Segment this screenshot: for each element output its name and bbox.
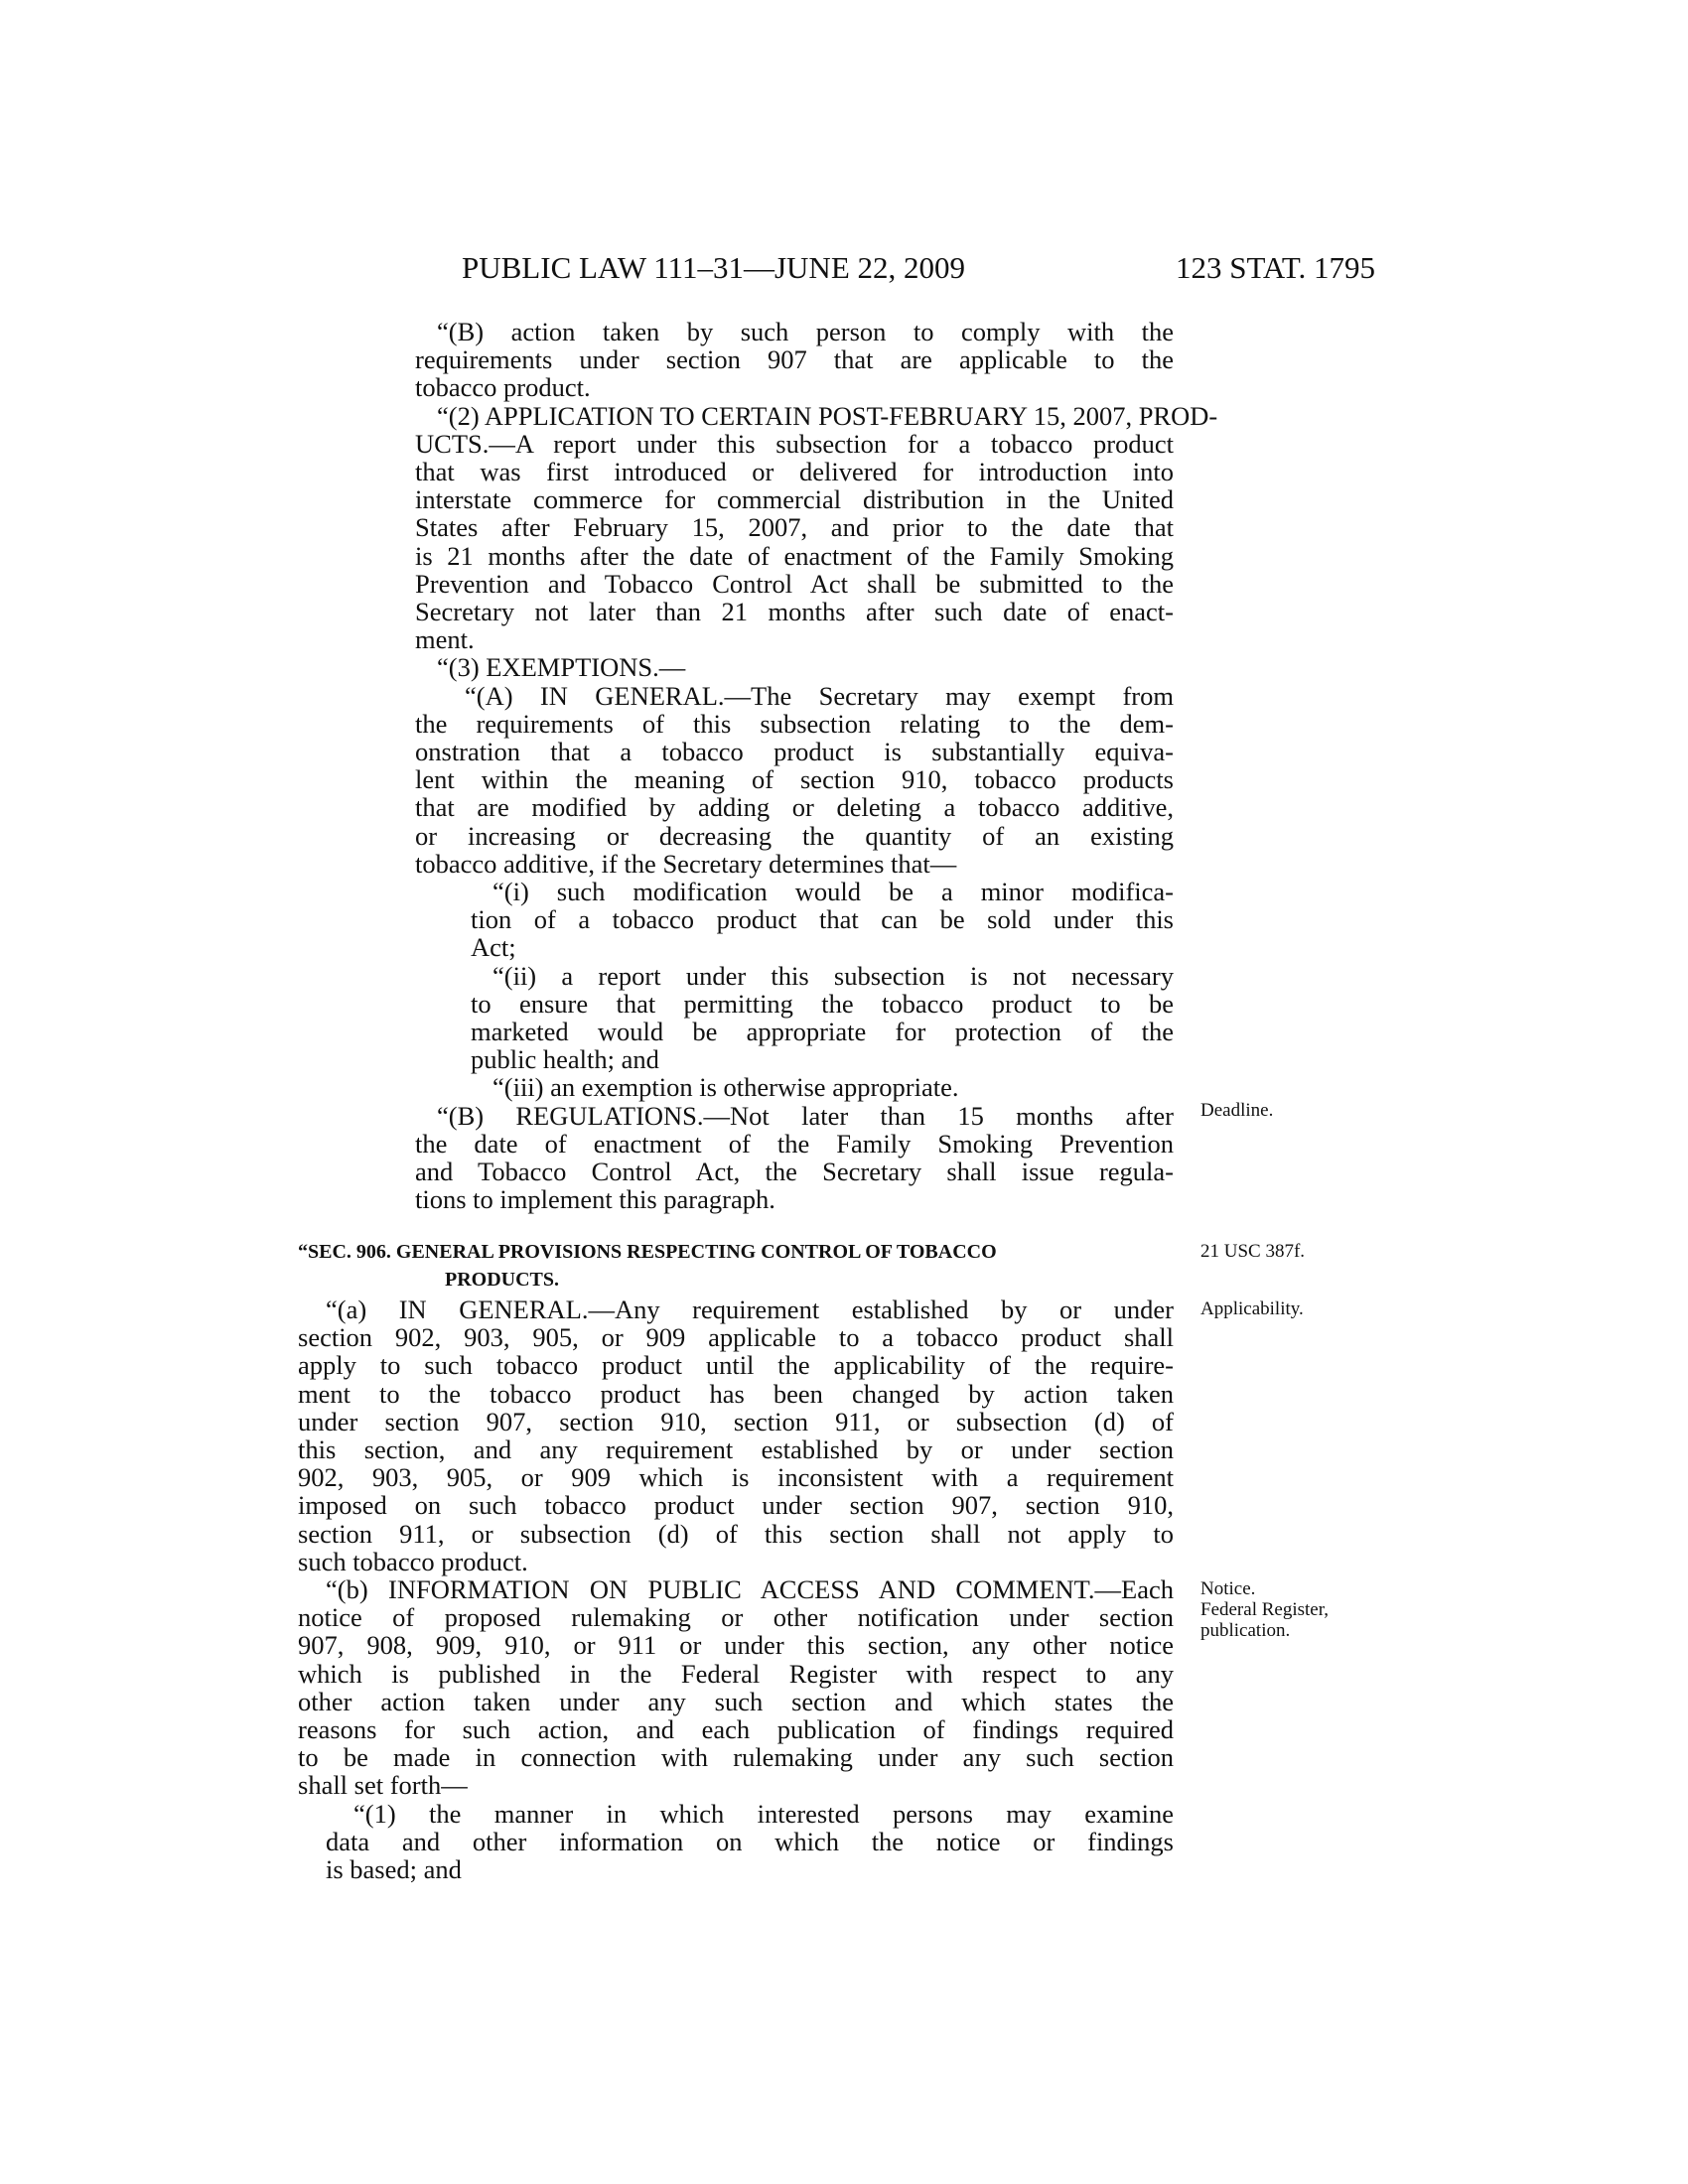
text-line: section 911, or subsection (d) of this s… [298,1520,1174,1548]
text-line: tobacco product. [298,373,1174,401]
text-line: “(B) REGULATIONS.—Not later than 15 mont… [298,1102,1174,1130]
margin-note-applicability: Applicability. [1200,1298,1304,1319]
text-line: the date of enactment of the Family Smok… [298,1130,1174,1158]
public-law-citation: PUBLIC LAW 111–31—JUNE 22, 2009 [462,250,965,286]
text-line: reasons for such action, and each public… [298,1715,1174,1743]
margin-note-notice-label: Notice. [1200,1578,1329,1599]
text-line: apply to such tobacco product until the … [298,1351,1174,1379]
text-line: section 902, 903, 905, or 909 applicable… [298,1323,1174,1351]
text-line: UCTS.—A report under this subsection for… [298,430,1174,458]
text-line: onstration that a tobacco product is sub… [298,738,1174,765]
margin-note-usc: 21 USC 387f. [1200,1241,1305,1262]
text-line: imposed on such tobacco product under se… [298,1491,1174,1519]
text-line: tobacco additive, if the Secretary deter… [298,850,1174,878]
text-line: “(A) IN GENERAL.—The Secretary may exemp… [298,682,1174,710]
text-line: “(B) action taken by such person to comp… [298,318,1174,345]
margin-note-deadline: Deadline. [1200,1100,1273,1121]
text-line: public health; and [298,1045,1174,1073]
text-line: “(2) APPLICATION TO CERTAIN POST-FEBRUAR… [298,402,1174,430]
text-line: that was first introduced or delivered f… [298,458,1174,485]
text-line: is 21 months after the date of enactment… [298,542,1174,570]
margin-note-notice: Notice. Federal Register, publication. [1200,1578,1329,1641]
text-line: requirements under section 907 that are … [298,345,1174,373]
text-line: “(b) INFORMATION ON PUBLIC ACCESS AND CO… [298,1575,1174,1603]
margin-note-federal-register: Federal Register, [1200,1599,1329,1620]
text-line: that are modified by adding or deleting … [298,793,1174,821]
text-line: ment to the tobacco product has been cha… [298,1380,1174,1408]
statute-page-number: 123 STAT. 1795 [1176,250,1375,286]
text-line: Prevention and Tobacco Control Act shall… [298,570,1174,598]
text-line: to ensure that permitting the tobacco pr… [298,990,1174,1018]
text-line: and Tobacco Control Act, the Secretary s… [298,1158,1174,1185]
text-line: 902, 903, 905, or 909 which is inconsist… [298,1463,1174,1491]
text-line: under section 907, section 910, section … [298,1408,1174,1435]
section-906-text-block: “(a) IN GENERAL.—Any requirement establi… [298,1296,1174,1883]
text-line: notice of proposed rulemaking or other n… [298,1603,1174,1631]
text-line: tion of a tobacco product that can be so… [298,905,1174,933]
section-heading: “SEC. 906. GENERAL PROVISIONS RESPECTING… [298,1238,1174,1294]
text-line: “(1) the manner in which interested pers… [298,1800,1174,1828]
margin-note-publication: publication. [1200,1620,1329,1641]
text-line: is based; and [298,1855,1174,1883]
text-line: Secretary not later than 21 months after… [298,598,1174,625]
text-line: tions to implement this paragraph. [298,1185,1174,1213]
text-line: States after February 15, 2007, and prio… [298,513,1174,541]
text-line: such tobacco product. [298,1548,1174,1575]
text-line: interstate commerce for commercial distr… [298,485,1174,513]
section-heading-line2: PRODUCTS. [298,1266,1174,1294]
text-line: shall set forth— [298,1771,1174,1799]
text-line: “(a) IN GENERAL.—Any requirement establi… [298,1296,1174,1323]
text-line: “(ii) a report under this subsection is … [298,962,1174,990]
text-line: “(i) such modification would be a minor … [298,878,1174,905]
text-line: this section, and any requirement establ… [298,1435,1174,1463]
text-line: other action taken under any such sectio… [298,1688,1174,1715]
page-header: PUBLIC LAW 111–31—JUNE 22, 2009 123 STAT… [462,250,1375,290]
text-line: “(3) EXEMPTIONS.— [298,653,1174,681]
text-line: “(iii) an exemption is otherwise appropr… [298,1073,1174,1101]
subsection-text-block: “(B) action taken by such person to comp… [298,318,1174,1214]
text-line: marketed would be appropriate for protec… [298,1018,1174,1045]
section-heading-line1: “SEC. 906. GENERAL PROVISIONS RESPECTING… [298,1238,1174,1266]
text-line: the requirements of this subsection rela… [298,710,1174,738]
text-line: to be made in connection with rulemaking… [298,1743,1174,1771]
text-line: data and other information on which the … [298,1828,1174,1855]
text-line: 907, 908, 909, 910, or 911 or under this… [298,1631,1174,1659]
text-line: Act; [298,933,1174,961]
text-line: lent within the meaning of section 910, … [298,765,1174,793]
text-line: ment. [298,625,1174,653]
text-line: which is published in the Federal Regist… [298,1660,1174,1688]
text-line: or increasing or decreasing the quantity… [298,822,1174,850]
